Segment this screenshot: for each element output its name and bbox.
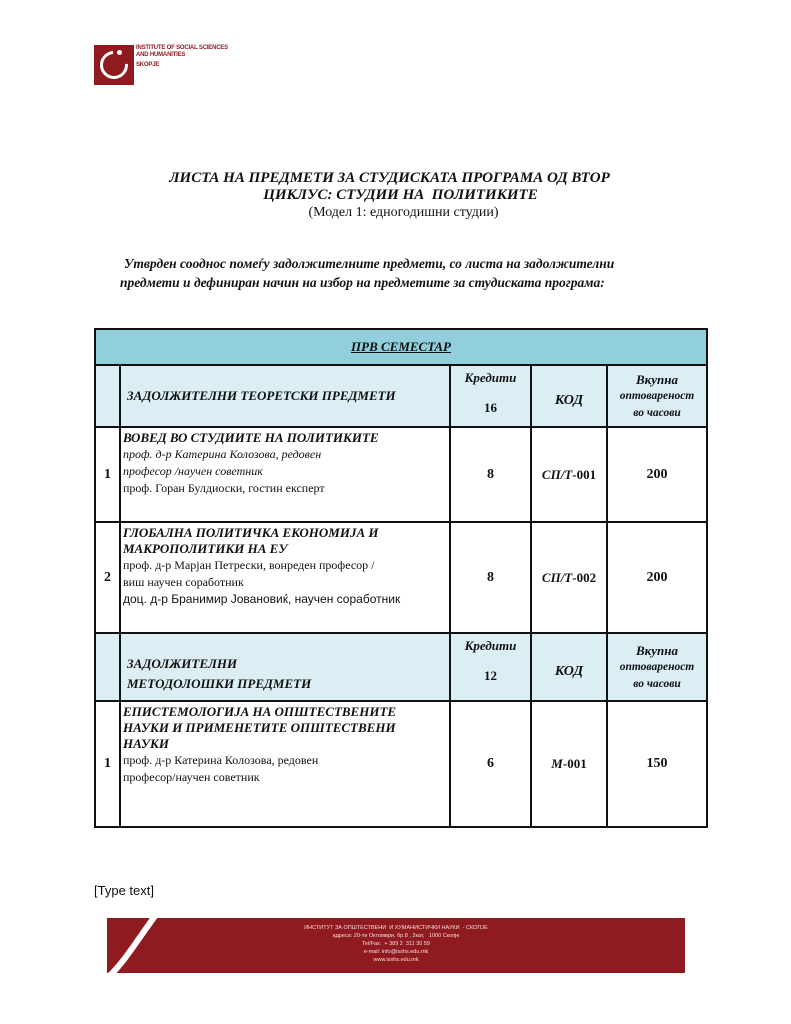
course-hours: 200 (607, 522, 707, 633)
section-title-line: ЗАДОЛЖИТЕЛНИ ТЕОРЕТСКИ ПРЕДМЕТИ (127, 388, 449, 404)
course-row: 1ВОВЕД ВО СТУДИИТЕ НА ПОЛИТИКИТЕпроф. д-… (95, 427, 707, 522)
footer-website[interactable]: www.isshs.edu.mk (107, 956, 685, 964)
intro-line-1: Утврден сооднос помеѓу задолжителните пр… (124, 254, 684, 273)
course-name-line: НАУКИ И ПРИМЕНЕТИТЕ ОПШТЕСТВЕНИ (123, 720, 445, 736)
course-credits: 8 (450, 522, 531, 633)
institute-logo: INSTITUTE OF SOCIAL SCIENCES AND HUMANIT… (94, 45, 228, 85)
lecturer-line: проф. Горан Булдиоски, гостин експерт (123, 480, 445, 497)
course-cell: ВОВЕД ВО СТУДИИТЕ НА ПОЛИТИКИТЕпроф. д-р… (120, 427, 450, 522)
course-name-line: ВОВЕД ВО СТУДИИТЕ НА ПОЛИТИКИТЕ (123, 430, 445, 446)
course-credits: 6 (450, 701, 531, 827)
course-index: 1 (95, 701, 120, 827)
section-title: ЗАДОЛЖИТЕЛНИМЕТОДОЛОШКИ ПРЕДМЕТИ (120, 633, 450, 701)
load-header: Вкупнаоптовареноство часови (607, 633, 707, 701)
section-title-line: ЗАДОЛЖИТЕЛНИ (127, 654, 449, 674)
intro-line-2: предмети и дефиниран начин на избор на п… (120, 273, 684, 292)
logo-text: INSTITUTE OF SOCIAL SCIENCES AND HUMANIT… (136, 45, 228, 69)
index-header (95, 365, 120, 427)
course-code: СП/Т-002 (531, 522, 607, 633)
footer-institute-name: ИНСТИТУТ ЗА ОПШТЕСТВЕНИ И ХУМАНИСТИЧКИ Н… (107, 924, 685, 932)
title-line-2: ЦИКЛУС: СТУДИИ НА ПОЛИТИКИТЕ (0, 187, 791, 204)
footer-address: адреса: 20-ти Октомври, бр.8 , 2кат, 100… (107, 932, 685, 940)
title-line-1: ЛИСТА НА ПРЕДМЕТИ ЗА СТУДИСКАТА ПРОГРАМА… (0, 170, 791, 187)
course-credits: 8 (450, 427, 531, 522)
course-name-line: НАУКИ (123, 736, 445, 752)
credits-total: 16 (451, 400, 530, 416)
course-name-line: ГЛОБАЛНА ПОЛИТИЧКА ЕКОНОМИЈА И (123, 525, 445, 541)
load-header: Вкупнаоптовареноство часови (607, 365, 707, 427)
document-subtitle: (Модел 1: едногодишни студии) (0, 205, 791, 221)
lecturer-line: доц. д-р Бранимир Јовановиќ, научен сора… (123, 591, 445, 608)
section-header-row: ЗАДОЛЖИТЕЛНИМЕТОДОЛОШКИ ПРЕДМЕТИКредити1… (95, 633, 707, 701)
course-cell: ЕПИСТЕМОЛОГИЈА НА ОПШТЕСТВЕНИТЕНАУКИ И П… (120, 701, 450, 827)
section-title-line: МЕТОДОЛОШКИ ПРЕДМЕТИ (127, 674, 449, 694)
header-placeholder: [Type text] (94, 883, 154, 898)
lecturer-line: професор /научен советник (123, 463, 445, 480)
course-index: 2 (95, 522, 120, 633)
course-name-line: ЕПИСТЕМОЛОГИЈА НА ОПШТЕСТВЕНИТЕ (123, 704, 445, 720)
course-row: 1ЕПИСТЕМОЛОГИЈА НА ОПШТЕСТВЕНИТЕНАУКИ И … (95, 701, 707, 827)
credits-header: Кредити16 (450, 365, 531, 427)
logo-line-3: SKOPJE (136, 62, 228, 69)
course-row: 2ГЛОБАЛНА ПОЛИТИЧКА ЕКОНОМИЈА ИМАКРОПОЛИ… (95, 522, 707, 633)
lecturer-line: професор/научен советник (123, 769, 445, 786)
course-hours: 150 (607, 701, 707, 827)
course-name-line: МАКРОПОЛИТИКИ НА ЕУ (123, 541, 445, 557)
footer-contact: ИНСТИТУТ ЗА ОПШТЕСТВЕНИ И ХУМАНИСТИЧКИ Н… (107, 924, 685, 964)
lecturer-line: проф. д-р Марјан Петрески, вонреден проф… (123, 557, 445, 574)
footer-banner: ИНСТИТУТ ЗА ОПШТЕСТВЕНИ И ХУМАНИСТИЧКИ Н… (107, 918, 685, 973)
logo-line-2: AND HUMANITIES (136, 52, 228, 59)
footer-phone: Tel/Fax: + 389 2 311 30 59 (107, 940, 685, 948)
semester-title: ПРВ СЕМЕСТАР (95, 329, 707, 365)
intro-paragraph: Утврден сооднос помеѓу задолжителните пр… (124, 254, 684, 292)
footer-email[interactable]: e-mail: info@isshs.edu.mk (107, 948, 685, 956)
semester-row: ПРВ СЕМЕСТАР (95, 329, 707, 365)
section-header-row: ЗАДОЛЖИТЕЛНИ ТЕОРЕТСКИ ПРЕДМЕТИКредити16… (95, 365, 707, 427)
institute-ring-logo-icon (94, 45, 134, 85)
course-hours: 200 (607, 427, 707, 522)
curriculum-table: ПРВ СЕМЕСТАР ЗАДОЛЖИТЕЛНИ ТЕОРЕТСКИ ПРЕД… (94, 328, 708, 828)
course-cell: ГЛОБАЛНА ПОЛИТИЧКА ЕКОНОМИЈА ИМАКРОПОЛИТ… (120, 522, 450, 633)
lecturer-line: проф. д-р Катерина Колозова, редовен (123, 752, 445, 769)
code-header: КОД (531, 633, 607, 701)
credits-header: Кредити12 (450, 633, 531, 701)
course-code: СП/Т-001 (531, 427, 607, 522)
course-index: 1 (95, 427, 120, 522)
document-title: ЛИСТА НА ПРЕДМЕТИ ЗА СТУДИСКАТА ПРОГРАМА… (0, 170, 791, 204)
lecturer-line: виш научен соработник (123, 574, 445, 591)
credits-label: Кредити (451, 366, 530, 386)
credits-label: Кредити (451, 634, 530, 654)
course-code: М-001 (531, 701, 607, 827)
section-title: ЗАДОЛЖИТЕЛНИ ТЕОРЕТСКИ ПРЕДМЕТИ (120, 365, 450, 427)
credits-total: 12 (451, 668, 530, 684)
code-header: КОД (531, 365, 607, 427)
logo-line-1: INSTITUTE OF SOCIAL SCIENCES (136, 45, 228, 52)
index-header (95, 633, 120, 701)
lecturer-line: проф. д-р Катерина Колозова, редовен (123, 446, 445, 463)
